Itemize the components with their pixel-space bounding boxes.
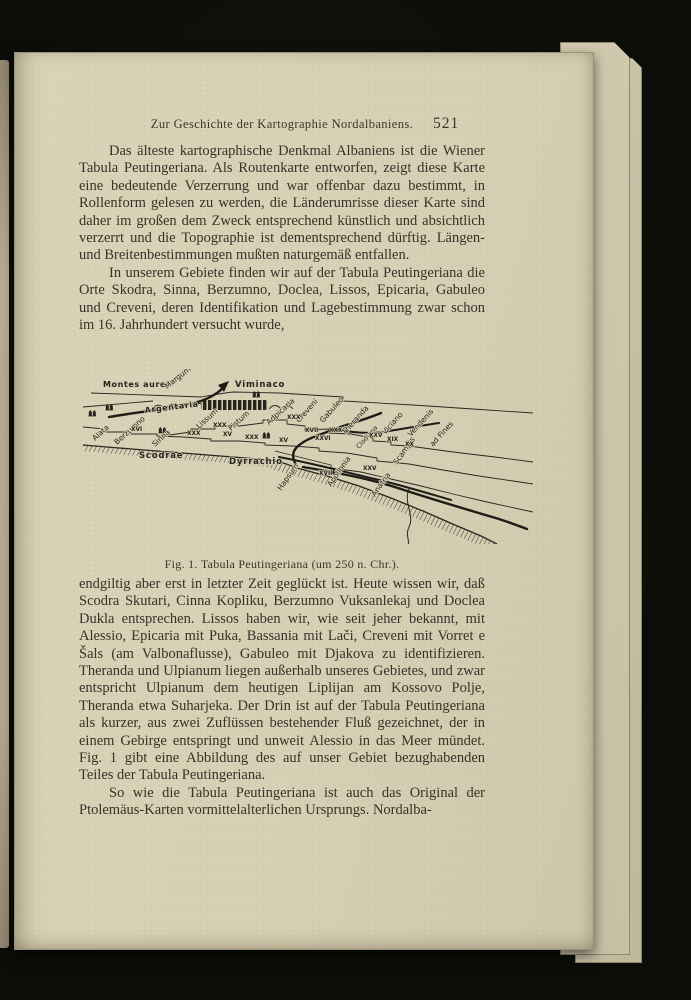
distance-numeral: XXVI	[315, 436, 331, 442]
figure-caption: Fig. 1. Tabula Peutingeriana (um 250 n. …	[79, 557, 485, 572]
peutinger-map: Montes aures Margum Viminaco Argentaria …	[83, 369, 533, 544]
map-label-viciano: Viciano	[380, 410, 405, 437]
distance-numeral: XXV	[363, 466, 377, 472]
distance-numeral: XXX	[329, 428, 343, 434]
distance-numeral: XV	[279, 438, 288, 444]
distance-numeral: XV	[223, 432, 232, 438]
distance-numeral: XXX	[287, 415, 301, 421]
distance-numeral: XXX	[245, 435, 259, 441]
distance-numeral: XX	[405, 442, 414, 448]
book-page: Zur Geschichte der Kartographie Nordalba…	[14, 52, 594, 950]
map-label-viminaco: Viminaco	[235, 380, 285, 390]
distance-numeral: XXV	[369, 433, 383, 439]
building-icon	[88, 410, 96, 416]
distance-numeral: XIX	[387, 437, 399, 443]
distance-numeral: XVI	[131, 427, 142, 433]
distance-numeral: XVII	[305, 428, 318, 434]
figure-tabula-peutingeriana: Montes aures Margum Viminaco Argentaria …	[83, 369, 543, 572]
map-label-montes-aures: Montes aures	[103, 380, 171, 389]
running-head-title: Zur Geschichte der Kartographie Nordalba…	[151, 117, 413, 131]
map-label-pistum: Pistum	[226, 409, 251, 433]
paragraph-1: Das älteste kartographische Denkmal Alba…	[79, 143, 485, 265]
map-label-argentaria: Argentaria	[144, 399, 199, 415]
map-label-dyrrachio: Dyrrachio	[229, 457, 283, 467]
book-scan: Zur Geschichte der Kartographie Nordalba…	[0, 0, 691, 1000]
text-block-top: Das älteste kartographische Denkmal Alba…	[79, 143, 485, 334]
map-label-scodrae: Scodrae	[139, 451, 183, 461]
distance-numeral: XVII	[319, 471, 332, 477]
building-icon	[262, 432, 270, 438]
paragraph-3: endgiltig aber erst in letzter Zeit gegl…	[79, 576, 485, 785]
text-block-bottom: endgiltig aber erst in letzter Zeit gegl…	[79, 576, 485, 820]
distance-numeral: XXX	[187, 431, 201, 437]
map-label-sinna: Sinna	[150, 428, 172, 449]
paragraph-2: In unserem Gebiete finden wir auf der Ta…	[79, 265, 485, 335]
map-label-gabuleo: Gabuleo	[318, 395, 346, 425]
map-label-alata: Alata	[90, 423, 110, 443]
map-label-margum: Margum	[163, 369, 193, 391]
page-number: 521	[433, 115, 459, 133]
running-head: Zur Geschichte der Kartographie Nordalba…	[79, 117, 485, 135]
map-label-vendenis: Vendenis	[406, 407, 436, 438]
distance-numeral: XXX	[213, 423, 227, 429]
facing-page-edge	[0, 60, 9, 948]
paragraph-4: So wie die Tabula Peutingeriana ist auch…	[79, 785, 485, 820]
map-label-adpicaria: Adpicaria	[264, 396, 296, 426]
